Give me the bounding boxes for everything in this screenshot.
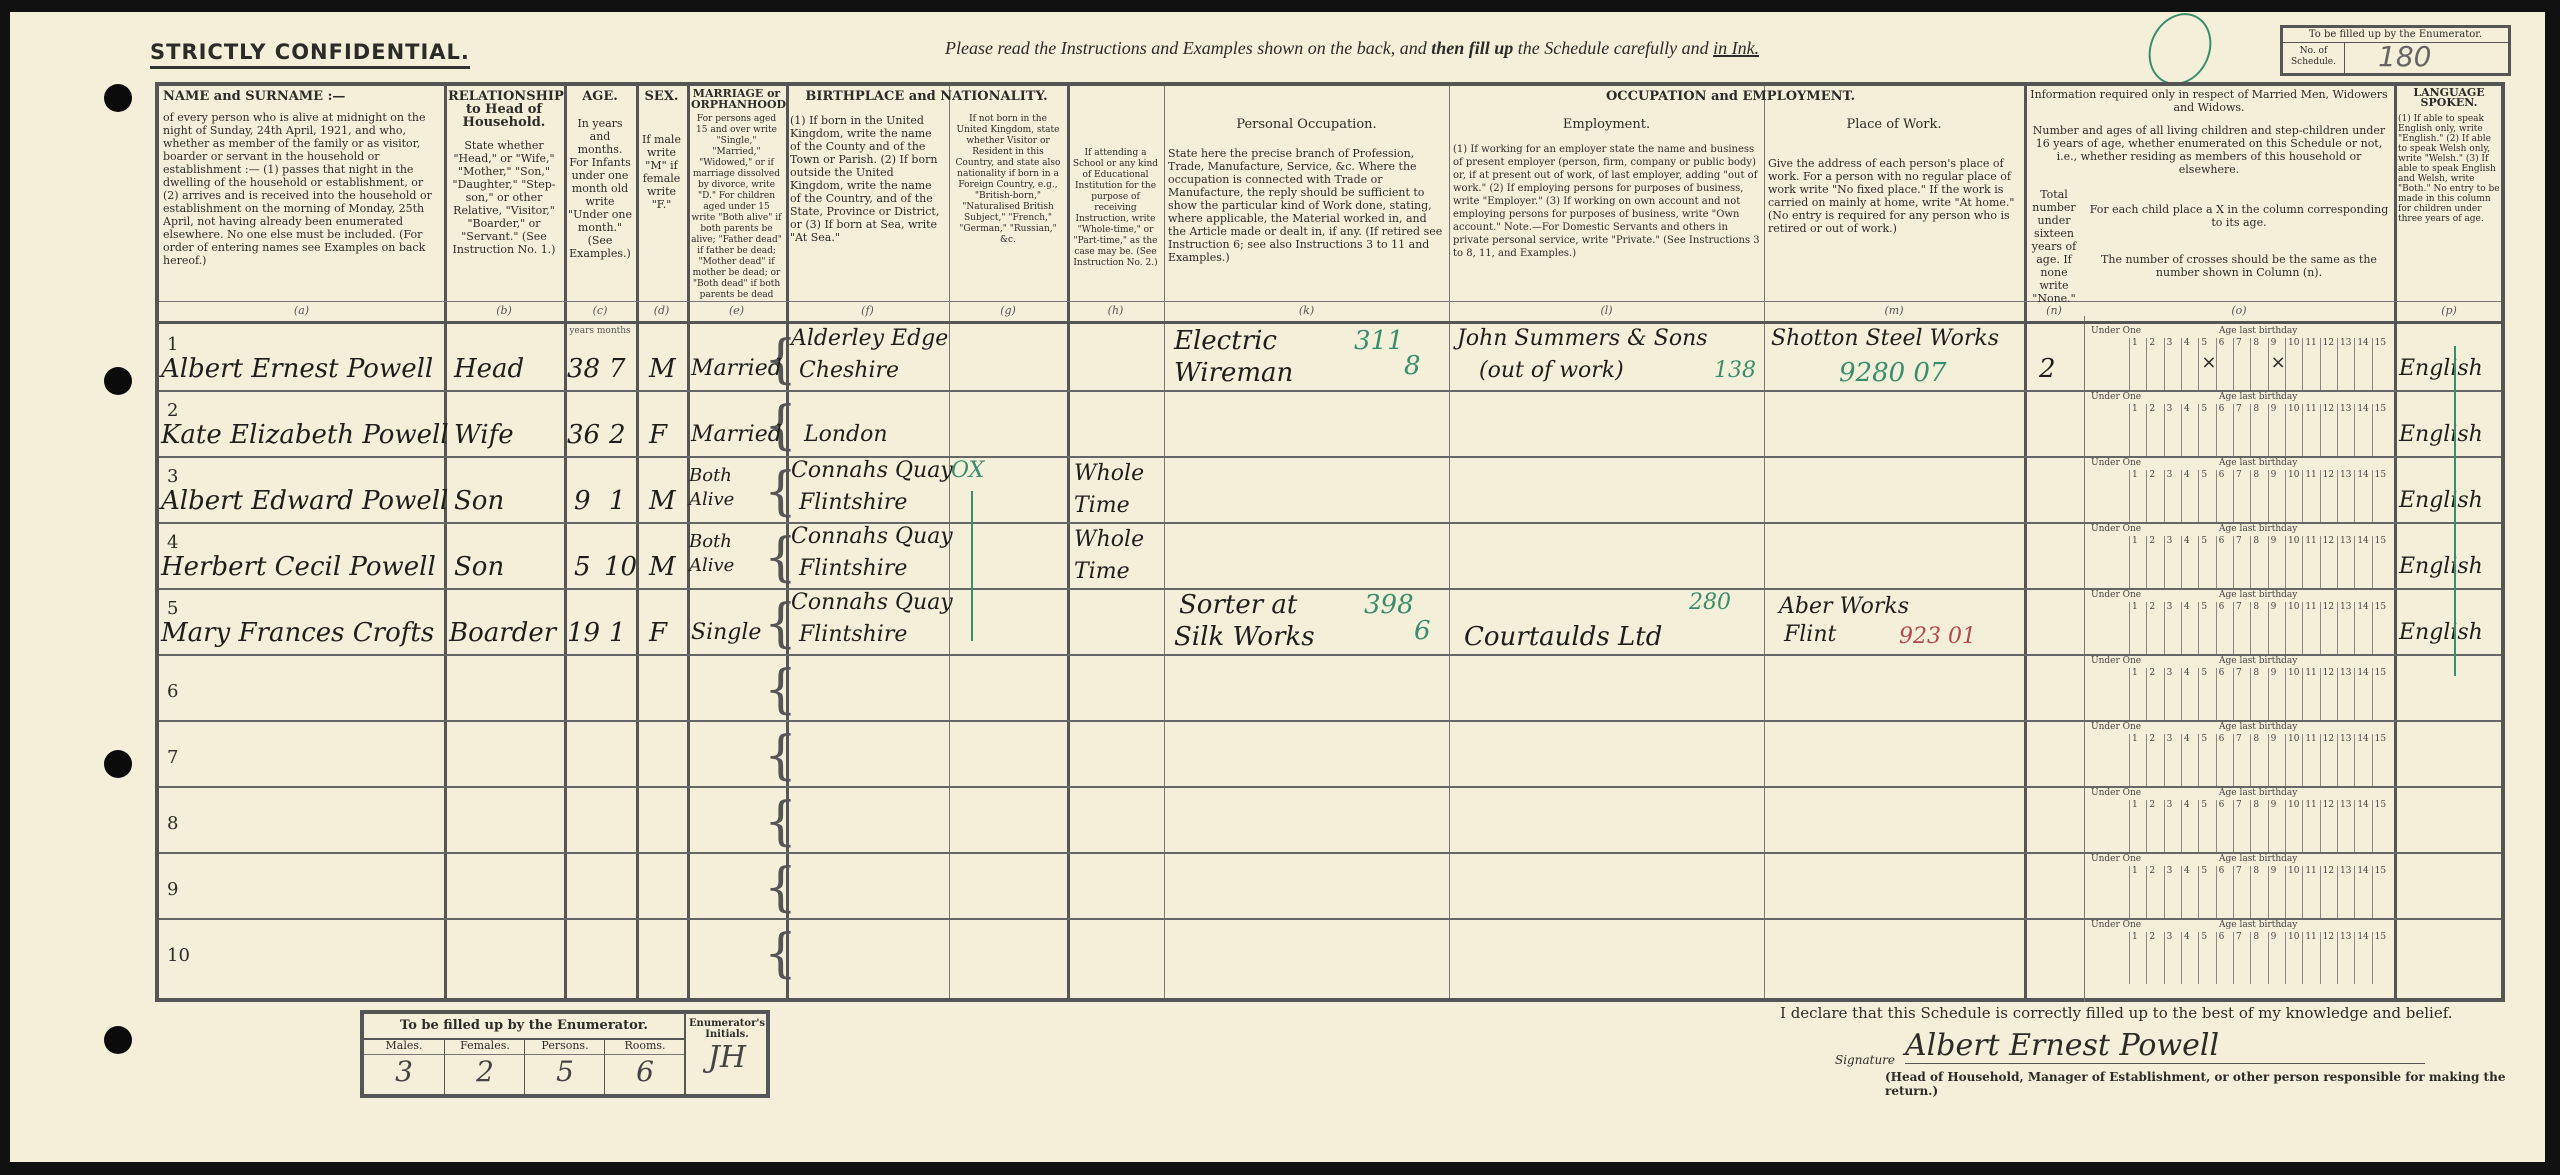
age-cell [2164, 932, 2165, 984]
header-o-body2: The number of crosses should be the same… [2088, 253, 2390, 279]
header-k-body: State here the precise branch of Profess… [1168, 147, 1445, 264]
age-cell [2268, 932, 2269, 984]
age-cell [2372, 668, 2373, 720]
instructions-ink: in Ink. [1713, 38, 1759, 58]
col-letter: (c) [564, 304, 636, 317]
age-cell [2250, 404, 2251, 456]
under-one-label: Under One [2091, 524, 2141, 534]
age-cell [2302, 404, 2303, 456]
header-nationality-g: If not born in the United Kingdom, state… [949, 112, 1067, 248]
age-tick: 10 [2288, 338, 2299, 348]
age-tick: 7 [2236, 800, 2242, 810]
col-letter: (h) [1067, 304, 1164, 317]
header-personal-occupation: Personal Occupation. State here the prec… [1164, 116, 1449, 266]
age-cell [2216, 470, 2217, 522]
age-cell [2129, 734, 2130, 786]
age-tick: 1 [2132, 470, 2138, 480]
age-cell [2216, 866, 2217, 918]
age-cell [2354, 470, 2355, 522]
age-cell [2181, 602, 2182, 654]
age-cell [2268, 536, 2269, 588]
age-tick: 10 [2288, 536, 2299, 546]
entry-birthplace-county: Flintshire [799, 622, 907, 647]
age-cell [2250, 932, 2251, 984]
age-tick: 12 [2323, 866, 2334, 876]
entry-employer: (out of work) [1479, 358, 1624, 383]
entry-birthplace-town: Connahs Quay [791, 458, 953, 483]
instructions-bold: then fill up [1431, 38, 1513, 58]
age-tick: 3 [2167, 536, 2173, 546]
age-cell [2198, 734, 2199, 786]
age-cell [2337, 932, 2338, 984]
age-tick: 15 [2375, 866, 2386, 876]
age-tick: 15 [2375, 932, 2386, 942]
entry-occupation: Sorter at [1179, 590, 1297, 620]
age-cell [2302, 338, 2303, 390]
age-tick: 11 [2305, 338, 2316, 348]
age-tick: 3 [2167, 734, 2173, 744]
age-tick: 8 [2253, 470, 2259, 480]
header-children: Information required only in respect of … [2024, 86, 2394, 178]
age-cell [2302, 668, 2303, 720]
header-relationship: RELATIONSHIP to Head of Household. State… [444, 88, 564, 258]
age-tick: 5 [2201, 668, 2207, 678]
child-cross-mark: × [2201, 352, 2216, 373]
header-marriage-title: MARRIAGE or ORPHANHOOD [691, 88, 782, 110]
age-cell [2268, 404, 2269, 456]
age-grid: Under OneAge last birthday12345678910111… [2089, 458, 2389, 522]
age-cell [2233, 734, 2234, 786]
age-cell [2268, 602, 2269, 654]
entry-age-months: 7 [609, 354, 626, 384]
age-cell [2250, 800, 2251, 852]
age-last-birthday-label: Age last birthday [2219, 788, 2297, 798]
age-tick: 9 [2271, 734, 2277, 744]
age-cell [2250, 668, 2251, 720]
entry-marriage: Married [691, 422, 782, 447]
age-tick: 12 [2323, 338, 2334, 348]
age-cell [2302, 932, 2303, 984]
row-number: 8 [167, 813, 178, 834]
age-tick: 5 [2201, 338, 2207, 348]
age-last-birthday-label: Age last birthday [2219, 656, 2297, 666]
age-cell [2320, 866, 2321, 918]
age-tick: 2 [2149, 470, 2155, 480]
age-tick: 6 [2219, 470, 2225, 480]
age-last-birthday-label: Age last birthday [2219, 524, 2297, 534]
age-tick: 13 [2340, 536, 2351, 546]
age-tick: 3 [2167, 800, 2173, 810]
under-one-label: Under One [2091, 788, 2141, 798]
age-tick: 5 [2201, 536, 2207, 546]
entry-age-years: 19 [567, 618, 600, 648]
age-tick: 13 [2340, 668, 2351, 678]
rooms-value: 6 [605, 1055, 685, 1088]
age-cell [2181, 470, 2182, 522]
signature-label: Signature [1835, 1053, 1895, 1067]
age-grid: Under OneAge last birthday12345678910111… [2089, 326, 2389, 390]
col-divider [2084, 316, 2085, 1002]
entry-sex: M [649, 354, 676, 384]
entry-name: Herbert Cecil Powell [161, 552, 436, 582]
rooms-label: Rooms. [605, 1038, 685, 1055]
green-check-line [2454, 346, 2456, 676]
brace-mark: { [764, 928, 797, 980]
age-tick: 15 [2375, 470, 2386, 480]
age-tick: 7 [2236, 866, 2242, 876]
punch-hole [104, 367, 132, 395]
age-cell [2354, 536, 2355, 588]
header-m-body: Give the address of each person's place … [1768, 157, 2020, 235]
entry-children-total: 2 [2039, 354, 2056, 384]
brace-mark: { [764, 730, 797, 782]
age-cell [2216, 602, 2217, 654]
entry-employer: Courtaulds Ltd [1464, 622, 1662, 652]
age-cell [2198, 470, 2199, 522]
age-tick: 10 [2288, 866, 2299, 876]
row-number: 10 [167, 945, 190, 966]
age-cell [2164, 602, 2165, 654]
age-last-birthday-label: Age last birthday [2219, 392, 2297, 402]
age-cell [2250, 470, 2251, 522]
age-cell [2181, 932, 2182, 984]
age-tick: 14 [2357, 536, 2368, 546]
age-tick: 5 [2201, 404, 2207, 414]
age-tick: 8 [2253, 866, 2259, 876]
age-tick: 9 [2271, 338, 2277, 348]
age-tick: 4 [2184, 602, 2190, 612]
age-tick: 14 [2357, 668, 2368, 678]
age-cell [2337, 668, 2338, 720]
workplace-code: 9280 07 [1839, 358, 1947, 388]
header-sex-body: If male write "M" if female write "F." [640, 133, 683, 211]
age-last-birthday-label: Age last birthday [2219, 590, 2297, 600]
age-cell [2250, 536, 2251, 588]
age-cell [2129, 338, 2130, 390]
age-cell [2164, 668, 2165, 720]
age-cell [2320, 602, 2321, 654]
green-check-line [971, 491, 973, 641]
col-letter: (d) [636, 304, 687, 317]
age-tick: 9 [2271, 668, 2277, 678]
age-tick: 12 [2323, 800, 2334, 810]
age-tick: 2 [2149, 536, 2155, 546]
entry-sex: F [649, 420, 667, 450]
age-tick: 9 [2271, 800, 2277, 810]
age-cell [2198, 338, 2199, 390]
row-number: 5 [167, 598, 178, 619]
age-cell [2129, 866, 2130, 918]
age-tick: 15 [2375, 800, 2386, 810]
age-tick: 14 [2357, 602, 2368, 612]
age-cell [2129, 668, 2130, 720]
header-age-body: In years and months. For Infants under o… [568, 117, 632, 260]
age-cell [2216, 734, 2217, 786]
declaration-text: I declare that this Schedule is correctl… [1780, 1004, 2453, 1022]
age-cell [2337, 866, 2338, 918]
entry-age-months: 2 [609, 420, 626, 450]
header-l-title: Employment. [1453, 118, 1760, 131]
age-tick: 3 [2167, 338, 2173, 348]
instructions-text: the Schedule carefully and [1513, 38, 1713, 58]
row-number: 7 [167, 747, 178, 768]
age-cell [2354, 602, 2355, 654]
entry-age-years: 36 [567, 420, 600, 450]
under-one-label: Under One [2091, 920, 2141, 930]
age-cell [2268, 866, 2269, 918]
col-letter: (o) [2084, 304, 2394, 317]
age-tick: 15 [2375, 536, 2386, 546]
age-cell [2320, 800, 2321, 852]
age-grid: Under OneAge last birthday12345678910111… [2089, 392, 2389, 456]
age-cell [2320, 668, 2321, 720]
age-tick: 10 [2288, 800, 2299, 810]
row-number: 1 [167, 334, 178, 355]
age-tick: 11 [2305, 866, 2316, 876]
age-tick: 12 [2323, 734, 2334, 744]
col-letter: (p) [2394, 304, 2504, 317]
age-tick: 8 [2253, 602, 2259, 612]
entry-birthplace-county: Cheshire [799, 358, 899, 383]
brace-mark: { [764, 862, 797, 914]
age-tick: 9 [2271, 470, 2277, 480]
age-tick: 2 [2149, 734, 2155, 744]
age-tick: 2 [2149, 668, 2155, 678]
age-tick: 5 [2201, 932, 2207, 942]
age-tick: 5 [2201, 470, 2207, 480]
persons-cell: Persons.5 [524, 1038, 605, 1094]
age-cell [2320, 338, 2321, 390]
age-tick: 14 [2357, 338, 2368, 348]
age-tick: 9 [2271, 404, 2277, 414]
header-birthplace-title: BIRTHPLACE and NATIONALITY. [790, 90, 1063, 103]
age-cell [2320, 932, 2321, 984]
age-tick: 3 [2167, 866, 2173, 876]
entry-occupation: Electric [1174, 326, 1277, 356]
entry-occupation: Wireman [1174, 358, 1293, 388]
entry-name: Albert Ernest Powell [161, 354, 433, 384]
females-cell: Females.2 [444, 1038, 525, 1094]
household-schedule-table: NAME and SURNAME :— of every person who … [155, 82, 2505, 1002]
age-tick: 10 [2288, 602, 2299, 612]
entry-workplace: Flint [1784, 622, 1836, 647]
age-last-birthday-label: Age last birthday [2219, 458, 2297, 468]
age-tick: 13 [2340, 800, 2351, 810]
age-grid: Under OneAge last birthday12345678910111… [2089, 920, 2389, 984]
age-cell [2285, 536, 2286, 588]
under-one-label: Under One [2091, 722, 2141, 732]
age-tick: 13 [2340, 932, 2351, 942]
age-tick: 1 [2132, 602, 2138, 612]
header-age-title: AGE. [568, 90, 632, 103]
header-l-body: (1) If working for an employer state the… [1453, 143, 1760, 260]
punch-hole [104, 84, 132, 112]
header-employment: Employment. (1) If working for an employ… [1449, 116, 1764, 262]
row-number: 2 [167, 400, 178, 421]
age-cell [2320, 470, 2321, 522]
age-cell [2320, 734, 2321, 786]
age-tick: 7 [2236, 470, 2242, 480]
age-cell [2372, 536, 2373, 588]
age-last-birthday-label: Age last birthday [2219, 326, 2297, 336]
age-tick: 3 [2167, 470, 2173, 480]
age-cell [2302, 470, 2303, 522]
entry-employer: John Summers & Sons [1457, 326, 1708, 351]
age-cell [2164, 404, 2165, 456]
age-cell [2164, 866, 2165, 918]
col-letter: (a) [159, 304, 444, 317]
age-cell [2146, 866, 2147, 918]
workplace-code: 923 01 [1899, 624, 1976, 649]
header-name: NAME and SURNAME :— of every person who … [159, 88, 444, 302]
age-cell [2372, 734, 2373, 786]
age-cell [2372, 338, 2373, 390]
age-tick: 4 [2184, 734, 2190, 744]
under-one-label: Under One [2091, 392, 2141, 402]
age-cell [2268, 470, 2269, 522]
header-rule [159, 301, 2501, 302]
age-tick: 4 [2184, 470, 2190, 480]
occupation-code: 311 [1354, 326, 1404, 356]
age-tick: 6 [2219, 932, 2225, 942]
entry-language: English [2399, 554, 2483, 579]
age-cell [2337, 536, 2338, 588]
age-tick: 9 [2271, 602, 2277, 612]
age-cell [2337, 800, 2338, 852]
age-grid: Under OneAge last birthday12345678910111… [2089, 656, 2389, 720]
age-tick: 3 [2167, 668, 2173, 678]
row-number: 6 [167, 681, 178, 702]
age-tick: 12 [2323, 404, 2334, 414]
age-cell [2268, 668, 2269, 720]
age-cell [2181, 404, 2182, 456]
age-tick: 4 [2184, 404, 2190, 414]
age-tick: 4 [2184, 800, 2190, 810]
header-children-sub: Number and ages of all living children a… [2028, 124, 2390, 176]
punch-hole [104, 1026, 132, 1054]
occupation-code: 398 [1364, 590, 1414, 620]
age-tick: 7 [2236, 734, 2242, 744]
entry-relationship: Wife [454, 420, 514, 450]
age-cell [2146, 668, 2147, 720]
entry-name: Albert Edward Powell [161, 486, 448, 516]
age-cell [2372, 932, 2373, 984]
age-cell [2302, 866, 2303, 918]
age-tick: 15 [2375, 404, 2386, 414]
age-tick: 7 [2236, 536, 2242, 546]
age-tick: 3 [2167, 932, 2173, 942]
col-letter: (b) [444, 304, 564, 317]
age-tick: 1 [2132, 932, 2138, 942]
age-cell [2337, 470, 2338, 522]
age-cell [2354, 734, 2355, 786]
age-tick: 13 [2340, 866, 2351, 876]
under-one-label: Under One [2091, 656, 2141, 666]
age-cell [2372, 800, 2373, 852]
header-p-title: LANGUAGE SPOKEN. [2398, 88, 2500, 108]
age-cell [2250, 866, 2251, 918]
age-cell [2285, 602, 2286, 654]
age-cell [2233, 536, 2234, 588]
col-letter: (e) [687, 304, 786, 317]
age-tick: 12 [2323, 602, 2334, 612]
age-cell [2285, 404, 2286, 456]
entry-name: Mary Frances Crofts [161, 618, 434, 648]
age-tick: 6 [2219, 602, 2225, 612]
entry-language: English [2399, 422, 2483, 447]
age-cell [2354, 932, 2355, 984]
age-cell [2285, 470, 2286, 522]
age-cell [2320, 536, 2321, 588]
header-birthplace-f: (1) If born in the United Kingdom, write… [786, 112, 949, 246]
entry-workplace: Aber Works [1779, 594, 1909, 619]
employer-code: 280 [1689, 590, 1731, 615]
age-cell [2129, 404, 2130, 456]
entry-school: Whole Time [1074, 524, 1154, 588]
entry-language: English [2399, 488, 2483, 513]
entry-age-years: 38 [567, 354, 600, 384]
age-cell [2354, 338, 2355, 390]
age-cell [2181, 866, 2182, 918]
age-tick: 7 [2236, 602, 2242, 612]
signature: Albert Ernest Powell [1905, 1028, 2425, 1064]
age-last-birthday-label: Age last birthday [2219, 920, 2297, 930]
age-cell [2146, 470, 2147, 522]
age-tick: 7 [2236, 668, 2242, 678]
col-letter: (m) [1764, 304, 2024, 317]
age-tick: 11 [2305, 800, 2316, 810]
age-cell [2285, 932, 2286, 984]
males-value: 3 [364, 1055, 444, 1088]
age-cell [2337, 602, 2338, 654]
col-divider [636, 86, 639, 998]
under-one-label: Under One [2091, 854, 2141, 864]
age-cell [2164, 470, 2165, 522]
males-cell: Males.3 [364, 1038, 444, 1094]
age-cell [2164, 734, 2165, 786]
bottom-border [0, 1162, 2560, 1175]
entry-sex: F [649, 618, 667, 648]
age-tick: 5 [2201, 734, 2207, 744]
header-p-body: (1) If able to speak English only, write… [2398, 114, 2500, 224]
col-letter: (n) [2024, 304, 2084, 317]
header-language: LANGUAGE SPOKEN. (1) If able to speak En… [2394, 86, 2504, 226]
entry-marriage: Both Alive [689, 464, 769, 512]
row-number: 9 [167, 879, 178, 900]
age-cell [2164, 800, 2165, 852]
age-tick: 13 [2340, 338, 2351, 348]
age-cell [2146, 536, 2147, 588]
entry-birthplace-town: Alderley Edge [791, 326, 948, 351]
age-tick: 14 [2357, 800, 2368, 810]
ox-mark: OX [951, 458, 984, 483]
entry-age-months: 1 [609, 486, 626, 516]
age-tick: 1 [2132, 536, 2138, 546]
age-cell [2233, 404, 2234, 456]
age-grid: Under OneAge last birthday12345678910111… [2089, 524, 2389, 588]
entry-sex: M [649, 486, 676, 516]
age-tick: 4 [2184, 338, 2190, 348]
age-tick: 1 [2132, 800, 2138, 810]
age-tick: 7 [2236, 404, 2242, 414]
instructions-line: Please read the Instructions and Example… [945, 38, 1759, 59]
age-tick: 6 [2219, 668, 2225, 678]
schedule-box-label: No. of Schedule. [2283, 43, 2345, 73]
age-cell [2198, 932, 2199, 984]
age-tick: 15 [2375, 668, 2386, 678]
age-cell [2233, 800, 2234, 852]
col-letter: (l) [1449, 304, 1764, 317]
